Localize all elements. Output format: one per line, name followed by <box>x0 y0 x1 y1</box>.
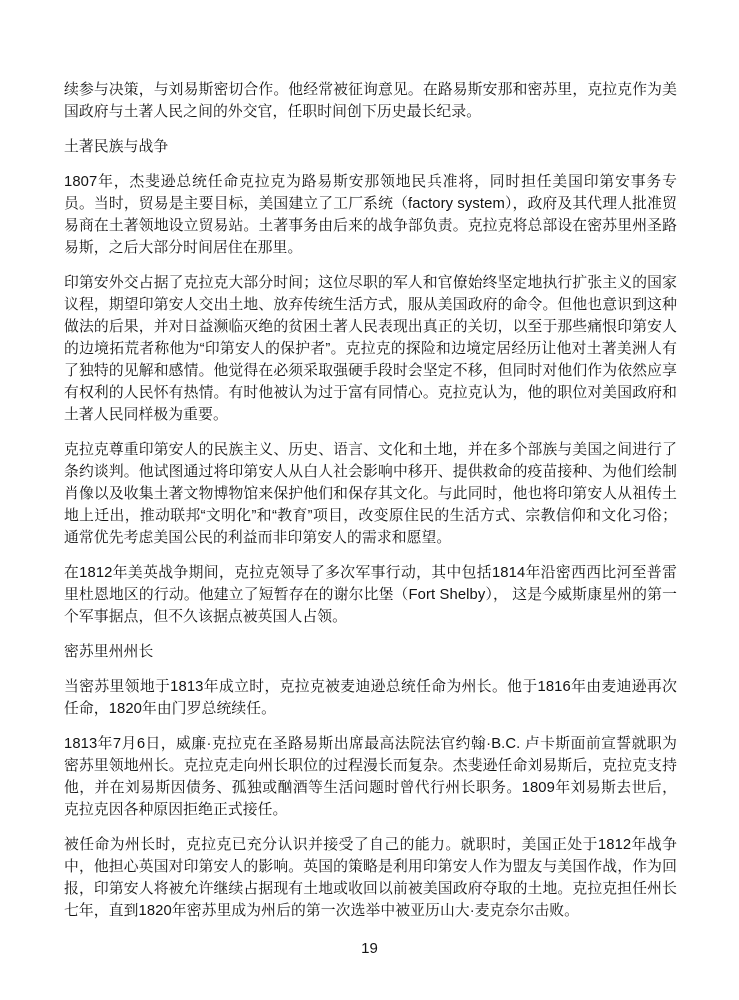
page-canvas: 续参与决策，与刘易斯密切合作。他经常被征询意见。在路易斯安那和密苏里，克拉克作为… <box>0 0 739 1000</box>
paragraph-1807-appointment: 1807年，杰斐逊总统任命克拉克为路易斯安那领地民兵准将，同时担任美国印第安事务… <box>64 171 677 259</box>
paragraph-oath-of-office-1813: 1813年7月6日，威廉·克拉克在圣路易斯出席最高法院法官约翰·B.C. 卢卡斯… <box>64 733 677 821</box>
document-page: { "document": { "language": "zh-CN", "pa… <box>0 0 739 1000</box>
page-number: 19 <box>0 940 739 957</box>
section-heading-native-nations-and-war: 土著民族与战争 <box>64 136 677 158</box>
page-content: 续参与决策，与刘易斯密切合作。他经常被征询意见。在路易斯安那和密苏里，克拉克作为… <box>64 79 677 922</box>
paragraph-indian-diplomacy: 印第安外交占据了克拉克大部分时间；这位尽职的军人和官僚始终坚定地执行扩张主义的国… <box>64 272 677 426</box>
section-heading-missouri-governor: 密苏里州州长 <box>64 641 677 663</box>
paragraph-respect-and-removal: 克拉克尊重印第安人的民族主义、历史、语言、文化和土地，并在多个部族与美国之间进行… <box>64 439 677 549</box>
paragraph-governor-tenure-and-defeat: 被任命为州长时，克拉克已充分认识并接受了自己的能力。就职时，美国正处于1812年… <box>64 834 677 922</box>
paragraph-territory-governor-appointment: 当密苏里领地于1813年成立时，克拉克被麦迪逊总统任命为州长。他于1816年由麦… <box>64 676 677 720</box>
paragraph-diplomat-record: 续参与决策，与刘易斯密切合作。他经常被征询意见。在路易斯安那和密苏里，克拉克作为… <box>64 79 677 123</box>
paragraph-war-of-1812-campaigns: 在1812年美英战争期间，克拉克领导了多次军事行动，其中包括1814年沿密西西比… <box>64 562 677 628</box>
